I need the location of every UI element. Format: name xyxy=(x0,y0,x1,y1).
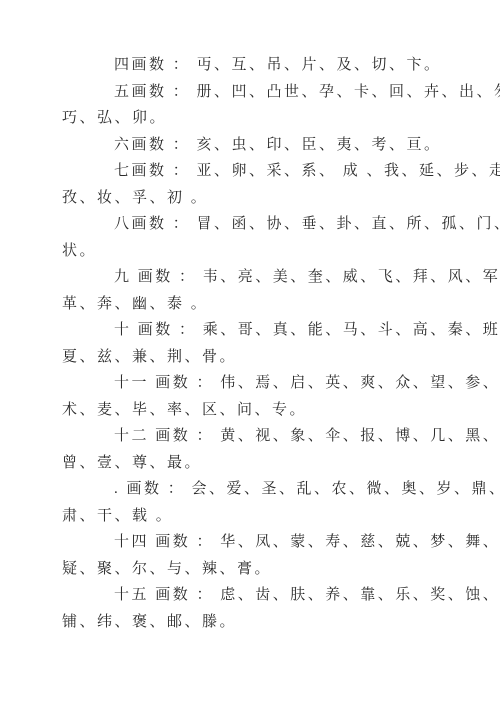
text-line-strokes-7-cont: 孜、妆、孚、初 。 xyxy=(62,185,442,212)
text-line-strokes-9: 九 画数 ： 韦、亮、美、奎、威、飞、拜、风、军、 xyxy=(62,264,442,291)
text-line-strokes-5-cont: 巧、弘、卯。 xyxy=(62,105,442,132)
text-line-strokes-10: 十 画数 ： 乘、哥、真、能、马、斗、高、秦、班、 xyxy=(62,317,442,344)
text-line-strokes-12: 十二 画数 ： 黄、视、象、伞、报、博、几、黑、 xyxy=(62,423,442,450)
text-line-strokes-8-cont: 状。 xyxy=(62,238,442,265)
text-line-strokes-15: 十五 画数 ： 虑、齿、肤、养、靠、乐、奖、蚀、 xyxy=(62,582,442,609)
text-line-strokes-11-cont: 术、麦、毕、率、区、问、专。 xyxy=(62,397,442,424)
text-line-strokes-10-cont: 夏、兹、兼、荆、骨。 xyxy=(62,344,442,371)
text-line-strokes-6: 六画数 ： 亥、虫、印、臣、夷、考、亘。 xyxy=(62,132,442,159)
text-line-strokes-11: 十一 画数 ： 伟、焉、启、英、爽、众、望、参、 xyxy=(62,370,442,397)
text-line-strokes-9-cont: 革、奔、幽、泰 。 xyxy=(62,291,442,318)
text-line-strokes-5: 五画数 ： 册、凹、凸世、孕、卡、回、卉、出、匆、 xyxy=(62,79,442,106)
text-line-strokes-13-cont: 肃、干、载 。 xyxy=(62,503,442,530)
text-line-strokes-13: . 画数 ： 会、爱、圣、乱、农、微、奥、岁、鼎、 xyxy=(62,476,442,503)
text-line-strokes-4: 四画数 ： 丏、互、吊、片、及、切、卞。 xyxy=(62,52,442,79)
text-line-strokes-8: 八画数 ： 冒、函、协、垂、卦、直、所、孤、门、 xyxy=(62,211,442,238)
text-line-strokes-15-cont: 铺、纬、褒、邮、滕。 xyxy=(62,609,442,636)
text-line-strokes-7: 七画数 ： 亚、卵、采、系、 成 、我、延、步、走、 xyxy=(62,158,442,185)
document-page: 四画数 ： 丏、互、吊、片、及、切、卞。 五画数 ： 册、凹、凸世、孕、卡、回、… xyxy=(0,0,500,708)
text-line-strokes-12-cont: 曾、壹、尊、最。 xyxy=(62,450,442,477)
text-line-strokes-14: 十四 画数 ： 华、凤、蒙、寿、慈、兢、梦、舞、 xyxy=(62,529,442,556)
text-line-strokes-14-cont: 疑、聚、尔、与、辣、膏。 xyxy=(62,556,442,583)
